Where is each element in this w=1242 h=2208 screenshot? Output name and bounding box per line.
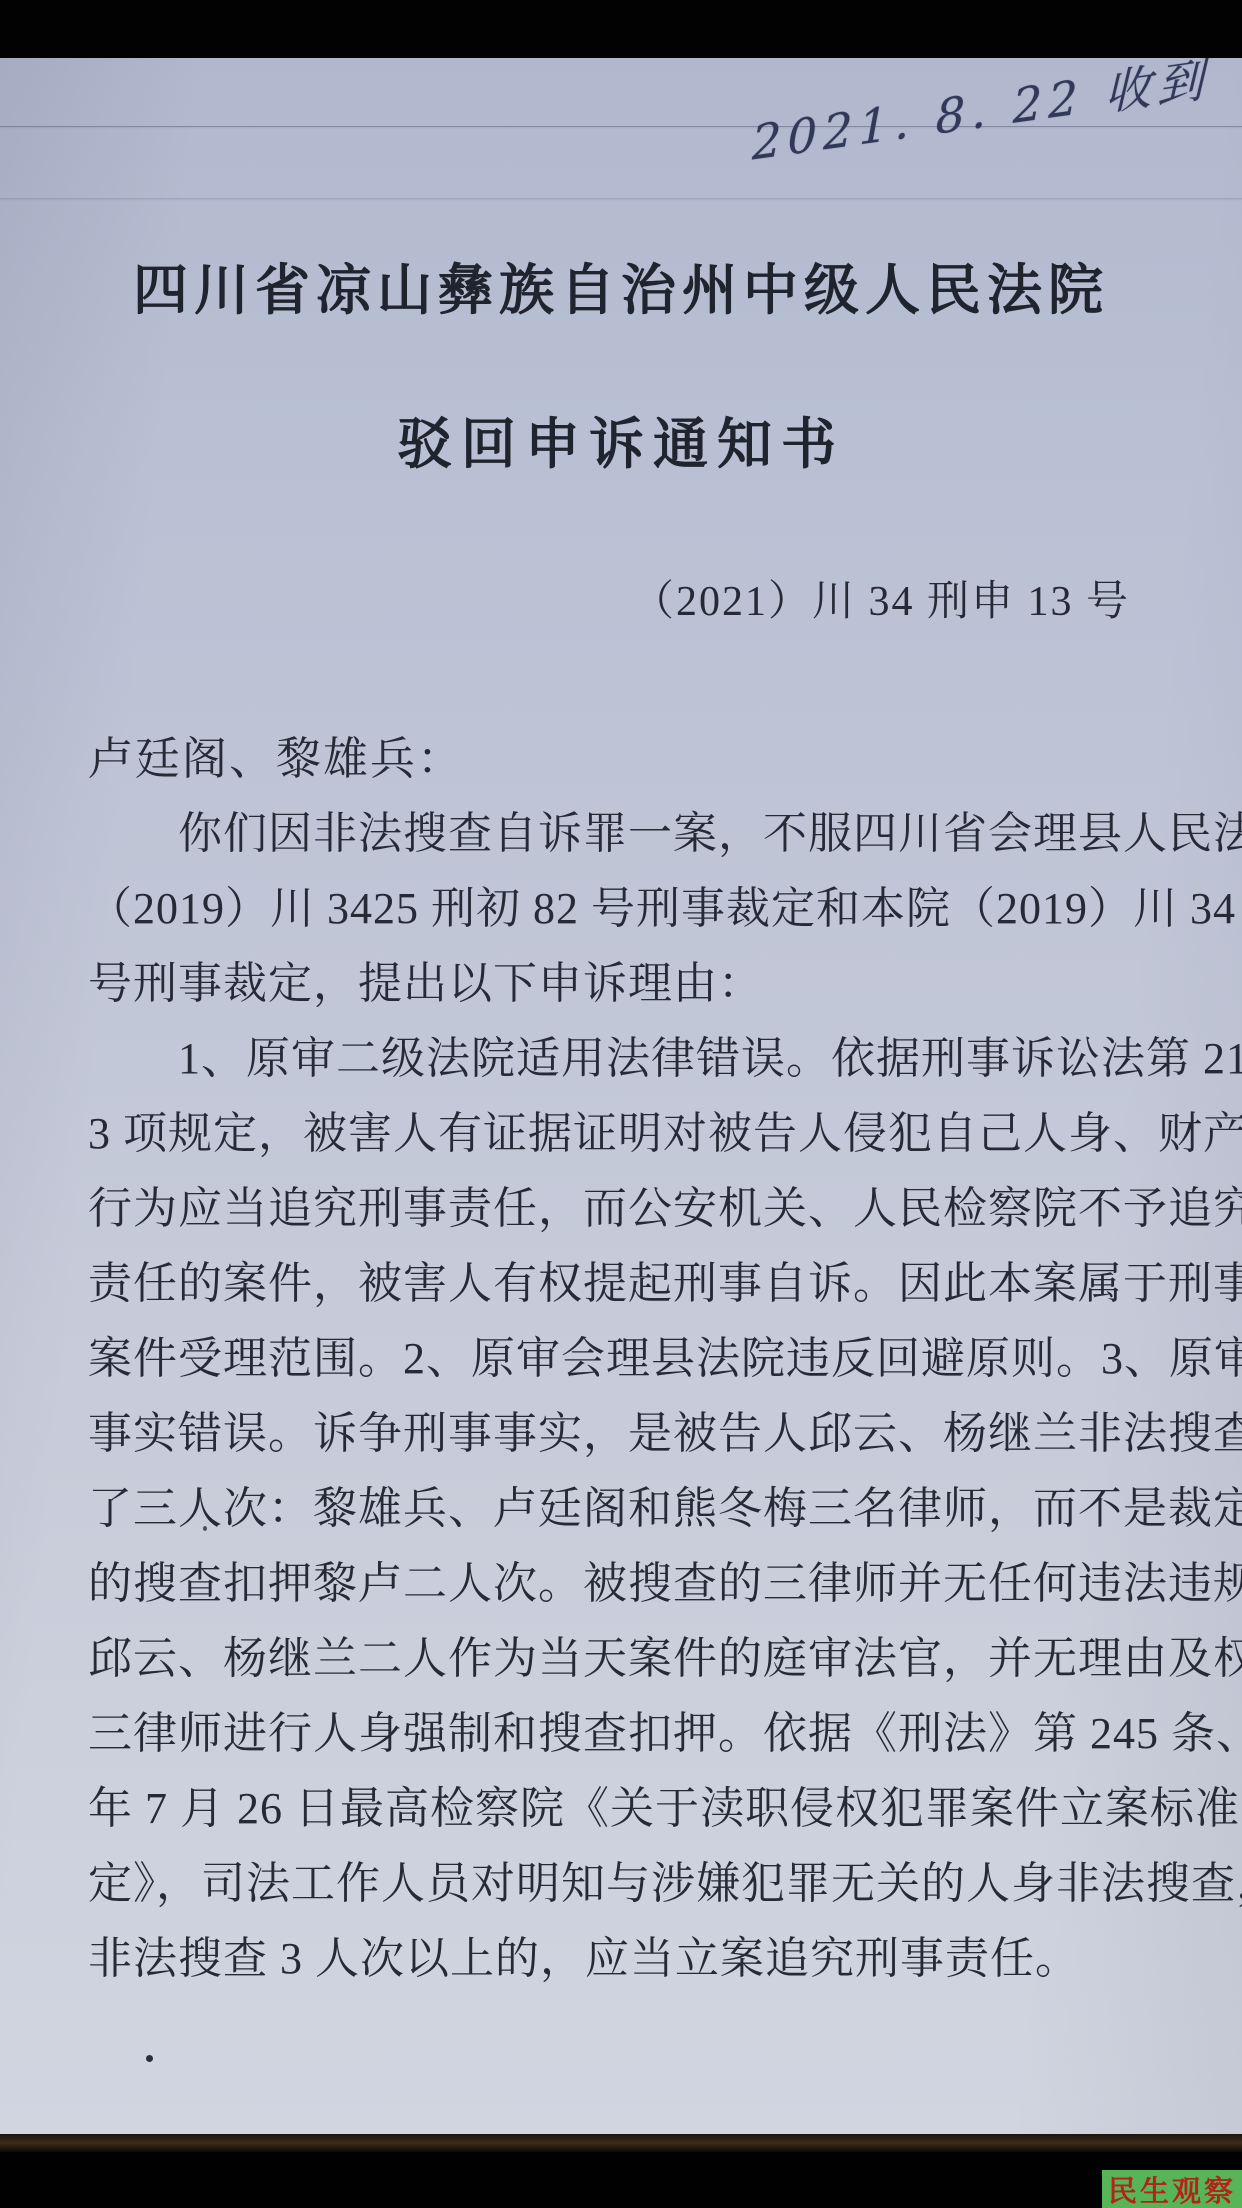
document-body-line: 的搜查扣押黎卢二人次。被搜查的三律师并无任何违法违规行为， [88, 1546, 1242, 1621]
document-body: 你们因非法搜查自诉罪一案，不服四川省会理县人民法院（2019）川 3425 刑初… [88, 796, 1242, 1996]
document-body-line: 非法搜查 3 人次以上的，应当立案追究刑事责任。 [88, 1921, 1242, 1996]
addressee-salutation: 卢廷阁、黎雄兵： [88, 722, 464, 787]
handwritten-date-note: 2021. 8. 22 收到 [752, 58, 1210, 174]
stray-ink-dot [146, 2055, 153, 2062]
document-body-line: 三律师进行人身强制和搜查扣押。依据《刑法》第 245 条、2006 [88, 1696, 1242, 1771]
document-body-line: 了三人次：黎雄兵、卢廷阁和熊冬梅三名律师，而不是裁定书说 [88, 1471, 1242, 1546]
case-number: （2021）川 34 刑申 13 号 [0, 568, 1130, 628]
watermark-badge: 民生观察 [1102, 2170, 1242, 2208]
document-body-line: 行为应当追究刑事责任，而公安机关、人民检察院不予追究刑事 [88, 1171, 1242, 1246]
document-body-line: 邱云、杨继兰二人作为当天案件的庭审法官，并无理由及权限对 [88, 1621, 1242, 1696]
paper-bottom-edge [0, 2134, 1242, 2154]
document-body-line: 你们因非法搜查自诉罪一案，不服四川省会理县人民法院 [88, 796, 1242, 871]
document-body-line: 1、原审二级法院适用法律错误。依据刑事诉讼法第 210 条第 [88, 1021, 1242, 1096]
document-body-line: 年 7 月 26 日最高检察院《关于渎职侵权犯罪案件立案标准的规 [88, 1771, 1242, 1846]
document-paper: 2021. 8. 22 收到 四川省凉山彝族自治州中级人民法院 驳回申诉通知书 … [0, 58, 1242, 2134]
court-name-heading: 四川省凉山彝族自治州中级人民法院 [0, 246, 1242, 325]
document-body-line: 事实错误。诉争刑事事实，是被告人邱云、杨继兰非法搜查扣押 [88, 1396, 1242, 1471]
paper-crease-line [0, 198, 1242, 199]
document-body-line: 案件受理范围。2、原审会理县法院违反回避原则。3、原审认定 [88, 1321, 1242, 1396]
document-body-line: 号刑事裁定，提出以下申诉理由： [88, 946, 1242, 1021]
document-body-line: 责任的案件，被害人有权提起刑事自诉。因此本案属于刑事自诉 [88, 1246, 1242, 1321]
photo-of-document: 2021. 8. 22 收到 四川省凉山彝族自治州中级人民法院 驳回申诉通知书 … [0, 0, 1242, 2208]
document-body-line: 定》，司法工作人员对明知与涉嫌犯罪无关的人身非法搜查，或者 [88, 1846, 1242, 1921]
document-body-line: （2019）川 3425 刑初 82 号刑事裁定和本院（2019）川 34 刑终… [88, 871, 1242, 946]
document-title: 驳回申诉通知书 [0, 400, 1242, 479]
document-body-line: 3 项规定，被害人有证据证明对被告人侵犯自己人身、财产权利的 [88, 1096, 1242, 1171]
photo-black-border-bottom [0, 2152, 1242, 2208]
photo-black-border-top [0, 0, 1242, 58]
stray-ink-dot [203, 1526, 207, 1531]
